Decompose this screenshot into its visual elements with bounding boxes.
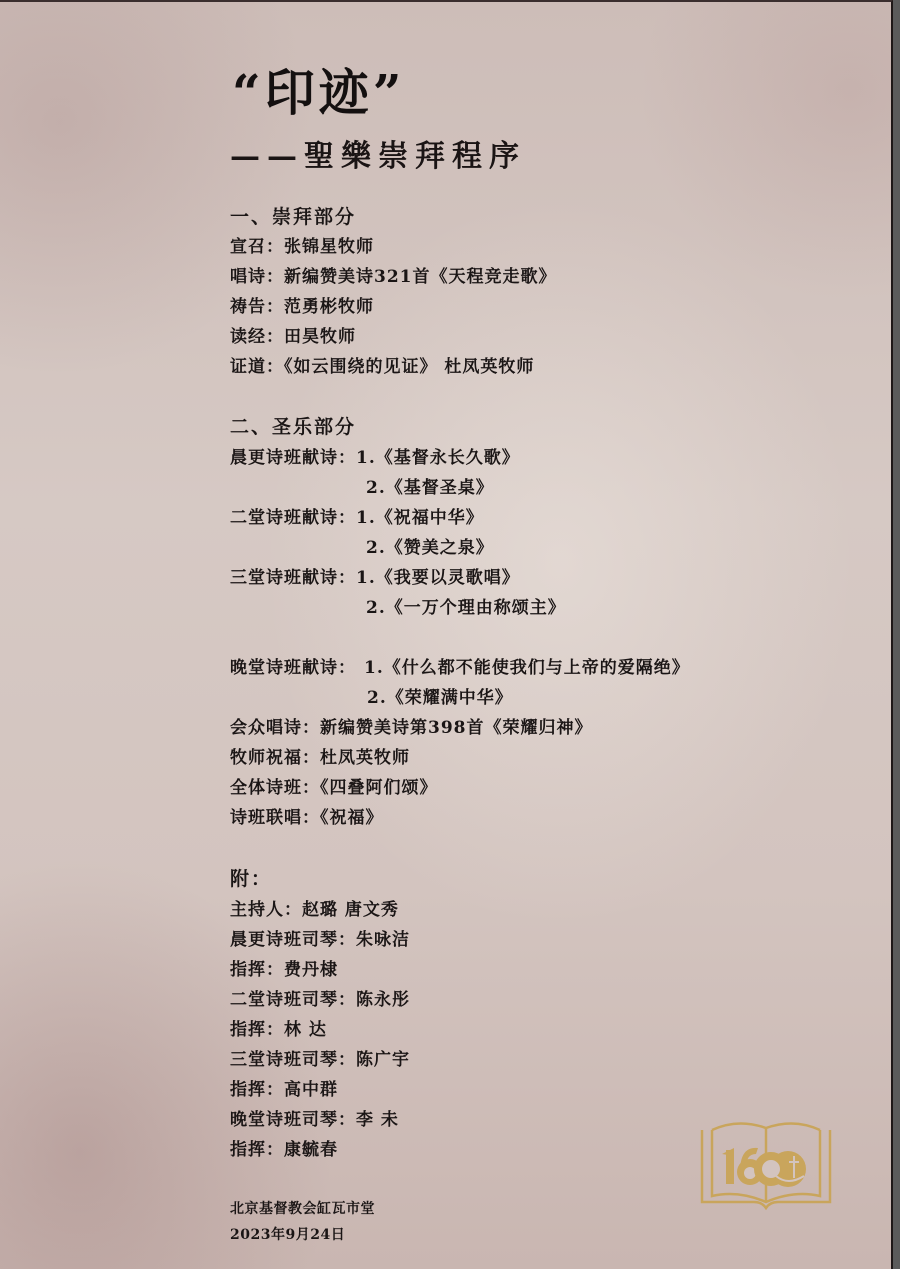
list-item: 唱诗：新编赞美诗321首《天程竞走歌》 xyxy=(230,266,557,288)
item-label: 读经： xyxy=(230,327,284,347)
item-value: 高中群 xyxy=(284,1080,338,1100)
item-value: 朱咏洁 xyxy=(356,930,410,950)
song-title: 1.《什么都不能使我们与上帝的爱隔绝》 xyxy=(364,658,690,678)
service-date: 2023年9月24日 xyxy=(230,1224,345,1246)
item-label: 指挥： xyxy=(230,1140,284,1160)
list-item: 主持人：赵璐 唐文秀 xyxy=(230,899,399,921)
item-value: 《四叠阿们颂》 xyxy=(320,778,438,798)
item-label: 证道： xyxy=(230,357,284,377)
choir-label: 晨更诗班献诗： xyxy=(230,448,356,468)
choir-row: 晚堂诗班献诗：1.《什么都不能使我们与上帝的爱隔绝》 xyxy=(230,657,690,679)
list-item: 三堂诗班司琴：陈广宇 xyxy=(230,1049,410,1071)
list-item: 宣召：张锦星牧师 xyxy=(230,236,374,258)
item-value: 新编赞美诗321首《天程竞走歌》 xyxy=(284,267,557,287)
song-title: 2.《基督圣桌》 xyxy=(366,477,494,499)
choir-row: 二堂诗班献诗：1.《祝福中华》 xyxy=(230,507,484,529)
choir-label: 二堂诗班献诗： xyxy=(230,508,356,528)
list-item: 祷告：范勇彬牧师 xyxy=(230,296,374,318)
list-item: 二堂诗班司琴：陈永彤 xyxy=(230,989,410,1011)
item-value: 陈永彤 xyxy=(356,990,410,1010)
song-title: 2.《一万个理由称颂主》 xyxy=(366,597,566,619)
song-title: 1.《基督永长久歌》 xyxy=(356,448,520,468)
list-item: 指挥：费丹棣 xyxy=(230,959,338,981)
choir-row: 晨更诗班献诗：1.《基督永长久歌》 xyxy=(230,447,520,469)
item-value: 张锦星牧师 xyxy=(284,237,374,257)
song-title: 1.《我要以灵歌唱》 xyxy=(356,568,520,588)
item-value: 《如云围绕的见证》 杜凤英牧师 xyxy=(284,357,534,377)
list-item: 证道：《如云围绕的见证》 杜凤英牧师 xyxy=(230,356,534,378)
item-label: 会众唱诗： xyxy=(230,718,320,738)
song-title: 2.《荣耀满中华》 xyxy=(367,687,513,709)
item-label: 全体诗班： xyxy=(230,778,320,798)
open-book-160-anniversary-icon xyxy=(698,1116,834,1214)
church-name: 北京基督教会缸瓦市堂 xyxy=(230,1198,375,1220)
item-value: 赵璐 唐文秀 xyxy=(302,900,399,920)
item-value: 《祝福》 xyxy=(320,808,384,828)
item-label: 祷告： xyxy=(230,297,284,317)
choir-label: 晚堂诗班献诗： xyxy=(230,658,356,678)
item-label: 唱诗： xyxy=(230,267,284,287)
item-value: 林 达 xyxy=(284,1020,327,1040)
item-value: 陈广宇 xyxy=(356,1050,410,1070)
item-label: 晨更诗班司琴： xyxy=(230,930,356,950)
item-label: 二堂诗班司琴： xyxy=(230,990,356,1010)
section-heading-appendix: 附： xyxy=(230,868,272,890)
list-item: 全体诗班：《四叠阿们颂》 xyxy=(230,777,438,799)
item-label: 指挥： xyxy=(230,1080,284,1100)
section-heading-worship: 一、崇拜部分 xyxy=(230,206,356,228)
item-value: 费丹棣 xyxy=(284,960,338,980)
item-value: 范勇彬牧师 xyxy=(284,297,374,317)
list-item: 指挥：林 达 xyxy=(230,1019,327,1041)
section-heading-music: 二、圣乐部分 xyxy=(230,416,356,438)
song-title: 2.《赞美之泉》 xyxy=(366,537,494,559)
item-value: 新编赞美诗第398首《荣耀归神》 xyxy=(320,718,593,738)
list-item: 读经：田昊牧师 xyxy=(230,326,356,348)
item-label: 宣召： xyxy=(230,237,284,257)
list-item: 会众唱诗：新编赞美诗第398首《荣耀归神》 xyxy=(230,717,593,739)
page-subtitle: ——聖樂崇拜程序 xyxy=(230,142,526,172)
item-value: 李 未 xyxy=(356,1110,399,1130)
item-label: 牧师祝福： xyxy=(230,748,320,768)
program-page: “印迹” ——聖樂崇拜程序 一、崇拜部分 宣召：张锦星牧师 唱诗：新编赞美诗32… xyxy=(0,0,893,1269)
item-label: 主持人： xyxy=(230,900,302,920)
page-title: “印迹” xyxy=(232,68,406,118)
item-label: 指挥： xyxy=(230,960,284,980)
item-label: 诗班联唱： xyxy=(230,808,320,828)
item-label: 指挥： xyxy=(230,1020,284,1040)
list-item: 指挥：康毓春 xyxy=(230,1139,338,1161)
list-item: 指挥：高中群 xyxy=(230,1079,338,1101)
list-item: 晚堂诗班司琴：李 未 xyxy=(230,1109,399,1131)
item-label: 晚堂诗班司琴： xyxy=(230,1110,356,1130)
item-value: 田昊牧师 xyxy=(284,327,356,347)
song-title: 1.《祝福中华》 xyxy=(356,508,484,528)
item-label: 三堂诗班司琴： xyxy=(230,1050,356,1070)
item-value: 杜凤英牧师 xyxy=(320,748,410,768)
list-item: 诗班联唱：《祝福》 xyxy=(230,807,384,829)
choir-row: 三堂诗班献诗：1.《我要以灵歌唱》 xyxy=(230,567,520,589)
choir-label: 三堂诗班献诗： xyxy=(230,568,356,588)
list-item: 晨更诗班司琴：朱咏洁 xyxy=(230,929,410,951)
item-value: 康毓春 xyxy=(284,1140,338,1160)
list-item: 牧师祝福：杜凤英牧师 xyxy=(230,747,410,769)
